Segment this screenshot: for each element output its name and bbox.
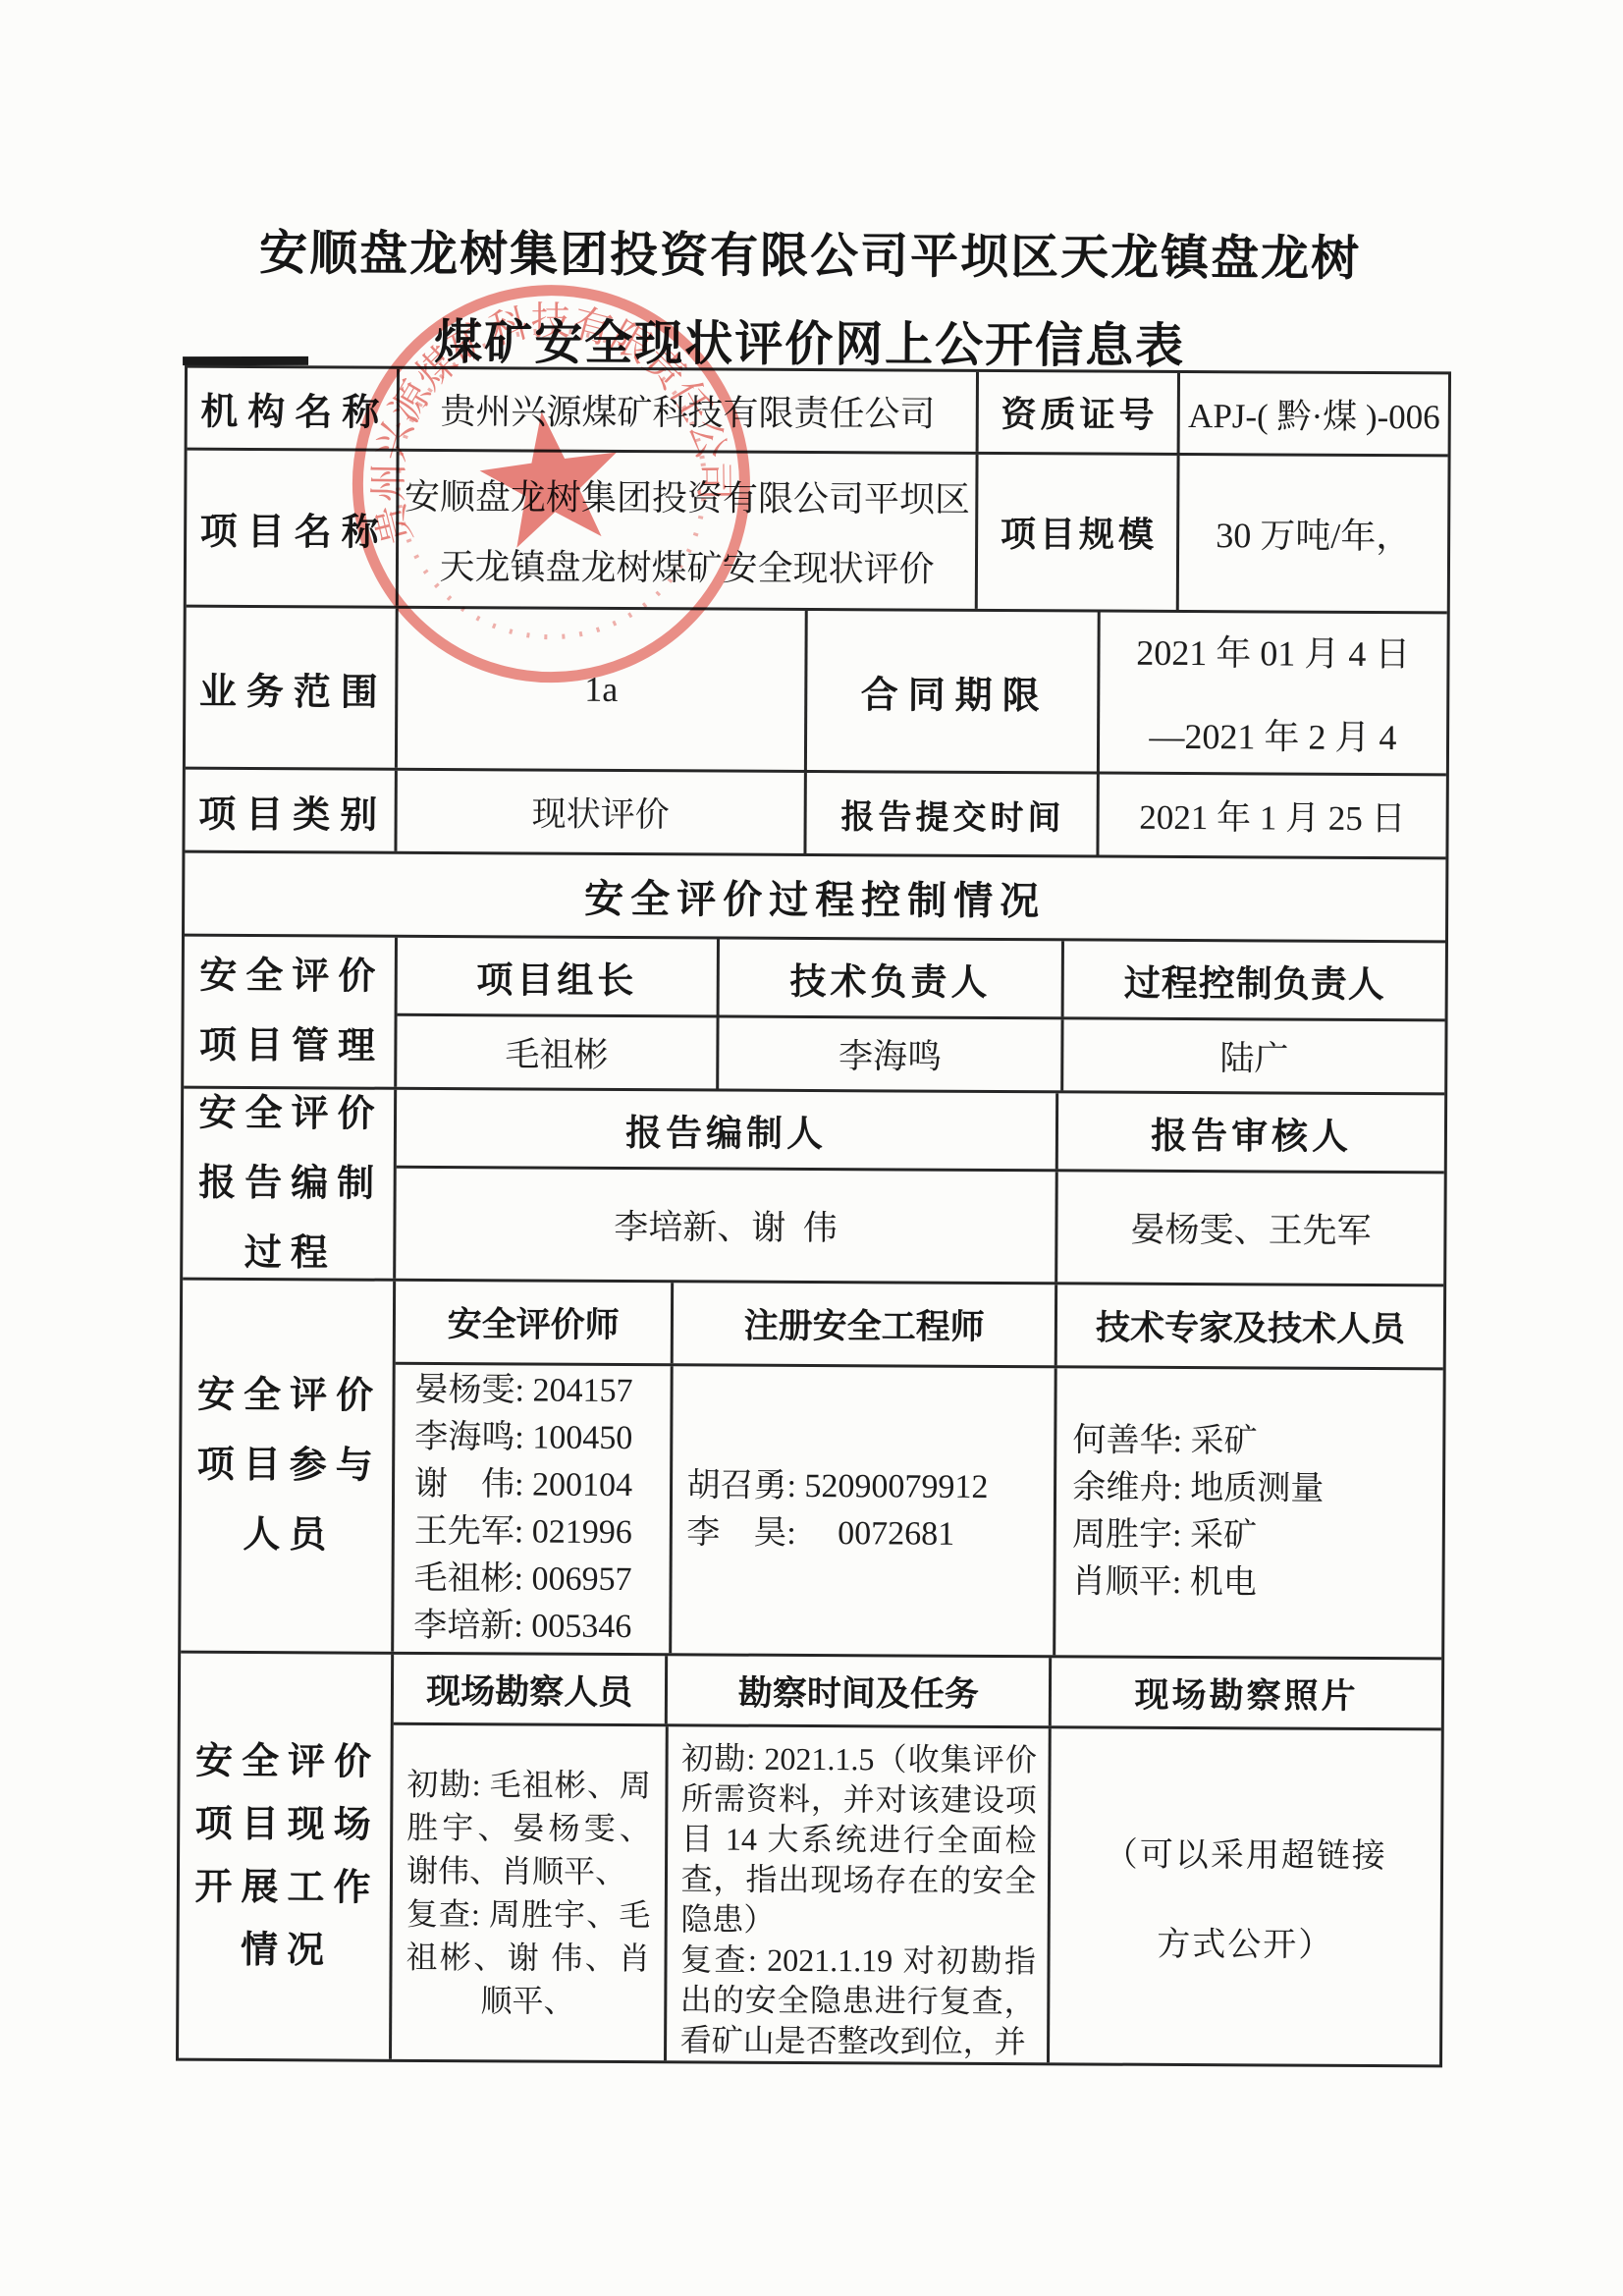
project-type-label: 项目类别 <box>192 783 387 838</box>
site-work-label-line1: 安全评价 <box>190 1730 380 1794</box>
tech-lead-value-cell: 李海鸣 <box>719 1018 1063 1091</box>
survey-task-recheck: 复查: 2021.1.19 对初勘指出的安全隐患进行复查，看矿山是否整改到位，并 <box>680 1940 1036 2062</box>
registered-engineer-header-cell: 注册安全工程师 <box>674 1283 1057 1365</box>
participants-section-body: 安全评价师 注册安全工程师 技术专家及技术人员 晏杨雯: 204157 李海鸣:… <box>394 1282 1443 1658</box>
safety-evaluator-header: 安全评价师 <box>448 1297 620 1347</box>
report-submit-value: 2021 年 1 月 25 日 <box>1139 791 1406 841</box>
tech-expert-list-cell: 何善华: 采矿 余维舟: 地质测量 周胜宇: 采矿 肖顺平: 机电 <box>1055 1368 1442 1657</box>
report-writer-value-cell: 李培新、谢 伟 <box>396 1169 1058 1283</box>
management-section: 安全评价 项目管理 项目组长 技术负责人 过程控制负责人 毛祖彬 李海鸣 <box>184 937 1445 1096</box>
document-content: 安顺盘龙树集团投资有限公司平坝区天龙镇盘龙树 煤矿安全现状评价网上公开信息表 机… <box>0 0 1623 2296</box>
scan-artifact-mark <box>183 356 308 365</box>
project-type-value-cell: 现状评价 <box>397 771 806 853</box>
process-lead-header: 过程控制负责人 <box>1124 953 1385 1007</box>
survey-photos-note-line2: 方式公开） <box>1157 1917 1333 1966</box>
team-leader-value-cell: 毛祖彬 <box>397 1016 720 1089</box>
evaluator-entry: 晏杨雯: 204157 <box>414 1367 632 1415</box>
contract-end-date: —2021 年 2 月 4 <box>1149 709 1396 760</box>
process-control-header-cell: 安全评价过程控制情况 <box>185 853 1445 941</box>
report-writer-header-cell: 报告编制人 <box>397 1090 1059 1170</box>
engineer-entry: 李 昊: 0072681 <box>686 1509 954 1558</box>
table-row: 业务范围 1a 合同期限 2021 年 01 月 4 日 —2021 年 2 月… <box>186 608 1447 777</box>
expert-entry: 余维舟: 地质测量 <box>1072 1464 1324 1512</box>
team-leader-header-cell: 项目组长 <box>398 938 721 1015</box>
team-leader-name: 毛祖彬 <box>505 1027 608 1077</box>
report-submit-label-cell: 报告提交时间 <box>806 773 1099 855</box>
report-writer-names: 李培新、谢 伟 <box>614 1200 838 1250</box>
process-lead-name: 陆广 <box>1219 1031 1288 1080</box>
project-name-line2: 天龙镇盘龙树煤矿安全现状评价 <box>439 539 934 592</box>
site-work-section-label: 安全评价 项目现场 开展工作 情况 <box>179 1654 394 2059</box>
project-scale-value-cell: 30 万吨/年， <box>1179 456 1448 611</box>
expert-entry: 肖顺平: 机电 <box>1072 1558 1257 1607</box>
expert-entry: 何善华: 采矿 <box>1072 1417 1257 1465</box>
survey-photos-header: 现场勘察照片 <box>1134 1667 1358 1718</box>
compilation-label-line3: 过程 <box>240 1218 337 1288</box>
report-reviewer-header-cell: 报告审核人 <box>1058 1093 1444 1171</box>
registered-engineer-list-cell: 胡召勇: 52090079912 李 昊: 0072681 <box>673 1366 1057 1655</box>
table-row: 机构名称 贵州兴源煤矿科技有限责任公司 资质证号 APJ-( 黔·煤 )-006 <box>188 368 1448 458</box>
org-name-label: 机构名称 <box>194 381 389 436</box>
team-leader-header: 项目组长 <box>476 950 637 1004</box>
evaluator-entry: 毛祖彬: 006957 <box>413 1556 631 1604</box>
project-name-value-cell: 安顺盘龙树集团投资有限公司平坝区 天龙镇盘龙树煤矿安全现状评价 <box>399 452 979 609</box>
org-name-label-cell: 机构名称 <box>188 368 400 449</box>
evaluator-entry: 李培新: 005346 <box>413 1603 631 1651</box>
survey-personnel-header-cell: 现场勘察人员 <box>394 1655 669 1723</box>
report-submit-value-cell: 2021 年 1 月 25 日 <box>1099 775 1446 857</box>
business-scope-label-cell: 业务范围 <box>186 608 399 768</box>
org-name-value: 贵州兴源煤矿科技有限责任公司 <box>440 384 935 437</box>
project-name-line1: 安顺盘龙树集团投资有限公司平坝区 <box>405 468 970 521</box>
site-work-section-body: 现场勘察人员 勘察时间及任务 现场勘察照片 初勘: 毛祖彬、周胜宇、晏杨雯、谢伟… <box>392 1655 1441 2065</box>
business-scope-value: 1a <box>584 669 618 710</box>
table-row: 项目名称 安顺盘龙树集团投资有限公司平坝区 天龙镇盘龙树煤矿安全现状评价 项目规… <box>187 451 1448 615</box>
contract-period-label-cell: 合同期限 <box>807 611 1100 772</box>
report-submit-label: 报告提交时间 <box>838 790 1064 839</box>
tech-expert-header: 技术专家及技术人员 <box>1096 1301 1405 1352</box>
survey-time-header-cell: 勘察时间及任务 <box>668 1656 1052 1725</box>
report-reviewer-names: 晏杨雯、王先军 <box>1130 1203 1371 1253</box>
survey-time-header: 勘察时间及任务 <box>738 1666 979 1716</box>
contract-period-label: 合同期限 <box>855 664 1050 719</box>
cert-no-label-cell: 资质证号 <box>979 372 1180 453</box>
compilation-section-body: 报告编制人 报告审核人 李培新、谢 伟 晏杨雯、王先军 <box>396 1090 1444 1285</box>
compilation-label-line2: 报告编制 <box>193 1148 383 1219</box>
compilation-label-line1: 安全评价 <box>193 1078 383 1149</box>
management-section-body: 项目组长 技术负责人 过程控制负责人 毛祖彬 李海鸣 陆广 <box>397 938 1445 1093</box>
site-work-value-row: 初勘: 毛祖彬、周胜宇、晏杨雯、谢伟、肖顺平、 复查: 周胜宇、毛祖彬、谢 伟、… <box>392 1725 1441 2065</box>
participants-label-line2: 项目参与 <box>191 1431 381 1502</box>
site-work-label-line4: 情况 <box>236 1919 333 1983</box>
cert-no-label: 资质证号 <box>998 387 1158 438</box>
survey-photos-cell: （可以采用超链接 方式公开） <box>1050 1728 1440 2064</box>
business-scope-value-cell: 1a <box>398 609 808 770</box>
project-name-label-cell: 项目名称 <box>187 451 400 606</box>
participants-label-line3: 人员 <box>238 1501 335 1571</box>
project-type-label-cell: 项目类别 <box>185 770 397 851</box>
evaluator-entry: 李海鸣: 100450 <box>414 1414 632 1462</box>
compilation-value-row: 李培新、谢 伟 晏杨雯、王先军 <box>396 1169 1444 1285</box>
survey-personnel-recheck: 复查: 周胜宇、毛祖彬、谢 伟、肖顺平、 <box>406 1892 650 2023</box>
report-writer-header: 报告编制人 <box>625 1103 827 1157</box>
site-work-section: 安全评价 项目现场 开展工作 情况 现场勘察人员 勘察时间及任务 现场勘察照片 … <box>179 1654 1441 2065</box>
participants-header-row: 安全评价师 注册安全工程师 技术专家及技术人员 <box>396 1282 1443 1371</box>
management-label-line1: 安全评价 <box>194 942 384 1012</box>
tech-expert-header-cell: 技术专家及技术人员 <box>1057 1285 1443 1367</box>
site-work-label-line3: 开展工作 <box>189 1856 379 1920</box>
org-name-value-cell: 贵州兴源煤矿科技有限责任公司 <box>400 369 980 452</box>
expert-entry: 周胜宇: 采矿 <box>1072 1511 1257 1559</box>
site-work-header-row: 现场勘察人员 勘察时间及任务 现场勘察照片 <box>394 1655 1441 1731</box>
project-scale-value: 30 万吨/年， <box>1216 508 1411 559</box>
contract-period-value-cell: 2021 年 01 月 4 日 —2021 年 2 月 4 <box>1100 613 1447 774</box>
cert-no-value: APJ-( 黔·煤 )-006 <box>1188 389 1440 439</box>
survey-photos-note-line1: （可以采用超链接 <box>1105 1828 1387 1878</box>
cert-no-value-cell: APJ-( 黔·煤 )-006 <box>1180 373 1448 454</box>
management-section-label: 安全评价 项目管理 <box>184 937 398 1087</box>
survey-personnel-initial: 初勘: 毛祖彬、周胜宇、晏杨雯、谢伟、肖顺平、 <box>406 1763 651 1893</box>
process-lead-header-cell: 过程控制负责人 <box>1064 941 1445 1018</box>
project-type-value: 现状评价 <box>532 788 670 838</box>
tech-lead-header-cell: 技术负责人 <box>720 940 1064 1017</box>
compilation-header-row: 报告编制人 报告审核人 <box>397 1090 1444 1175</box>
report-reviewer-value-cell: 晏杨雯、王先军 <box>1057 1172 1443 1284</box>
survey-personnel-header: 现场勘察人员 <box>426 1664 632 1714</box>
table-row: 项目类别 现状评价 报告提交时间 2021 年 1 月 25 日 <box>185 770 1445 860</box>
safety-evaluator-list-cell: 晏杨雯: 204157 李海鸣: 100450 谢 伟: 200104 王先军:… <box>394 1365 674 1653</box>
registered-engineer-header: 注册安全工程师 <box>744 1299 985 1349</box>
scanned-document-page: 安顺盘龙树集团投资有限公司平坝区天龙镇盘龙树 煤矿安全现状评价网上公开信息表 机… <box>0 0 1623 2296</box>
management-label-line2: 项目管理 <box>194 1011 384 1082</box>
participants-value-row: 晏杨雯: 204157 李海鸣: 100450 谢 伟: 200104 王先军:… <box>394 1365 1443 1658</box>
table-row: 安全评价过程控制情况 <box>185 853 1445 944</box>
survey-personnel-cell: 初勘: 毛祖彬、周胜宇、晏杨雯、谢伟、肖顺平、 复查: 周胜宇、毛祖彬、谢 伟、… <box>392 1725 668 2060</box>
compilation-section: 安全评价 报告编制 过程 报告编制人 报告审核人 李培新、谢 伟 晏杨雯、王先军 <box>183 1089 1444 1287</box>
document-title-line1: 安顺盘龙树集团投资有限公司平坝区天龙镇盘龙树 <box>0 214 1622 292</box>
safety-evaluator-header-cell: 安全评价师 <box>396 1282 675 1363</box>
tech-lead-name: 李海鸣 <box>839 1029 942 1079</box>
survey-photos-header-cell: 现场勘察照片 <box>1052 1658 1441 1727</box>
management-value-row: 毛祖彬 李海鸣 陆广 <box>397 1016 1444 1093</box>
project-scale-label: 项目规模 <box>998 507 1158 558</box>
management-header-row: 项目组长 技术负责人 过程控制负责人 <box>398 938 1445 1022</box>
participants-label-line1: 安全评价 <box>192 1361 382 1432</box>
survey-tasks-cell: 初勘: 2021.1.5（收集评价所需资料，并对该建设项目 14 大系统进行全面… <box>667 1726 1053 2062</box>
site-work-label-line2: 项目现场 <box>190 1793 380 1857</box>
engineer-entry: 胡召勇: 52090079912 <box>686 1462 988 1511</box>
process-control-header: 安全评价过程控制情况 <box>584 867 1046 925</box>
project-name-label: 项目名称 <box>194 501 389 556</box>
compilation-section-label: 安全评价 报告编制 过程 <box>183 1089 397 1279</box>
participants-section: 安全评价 项目参与 人员 安全评价师 注册安全工程师 技术专家及技术人员 晏杨雯… <box>181 1281 1443 1661</box>
tech-lead-header: 技术负责人 <box>789 951 991 1005</box>
process-lead-value-cell: 陆广 <box>1063 1019 1444 1092</box>
contract-start-date: 2021 年 01 月 4 日 <box>1136 626 1410 677</box>
survey-task-initial: 初勘: 2021.1.5（收集评价所需资料，并对该建设项目 14 大系统进行全面… <box>680 1738 1037 1941</box>
info-table: 机构名称 贵州兴源煤矿科技有限责任公司 资质证号 APJ-( 黔·煤 )-006… <box>176 365 1451 2068</box>
business-scope-label: 业务范围 <box>193 660 388 715</box>
report-reviewer-header: 报告审核人 <box>1151 1105 1352 1159</box>
participants-section-label: 安全评价 项目参与 人员 <box>181 1281 396 1652</box>
evaluator-entry: 谢 伟: 200104 <box>414 1461 632 1509</box>
evaluator-entry: 王先军: 021996 <box>414 1508 632 1557</box>
project-scale-label-cell: 项目规模 <box>978 455 1180 610</box>
